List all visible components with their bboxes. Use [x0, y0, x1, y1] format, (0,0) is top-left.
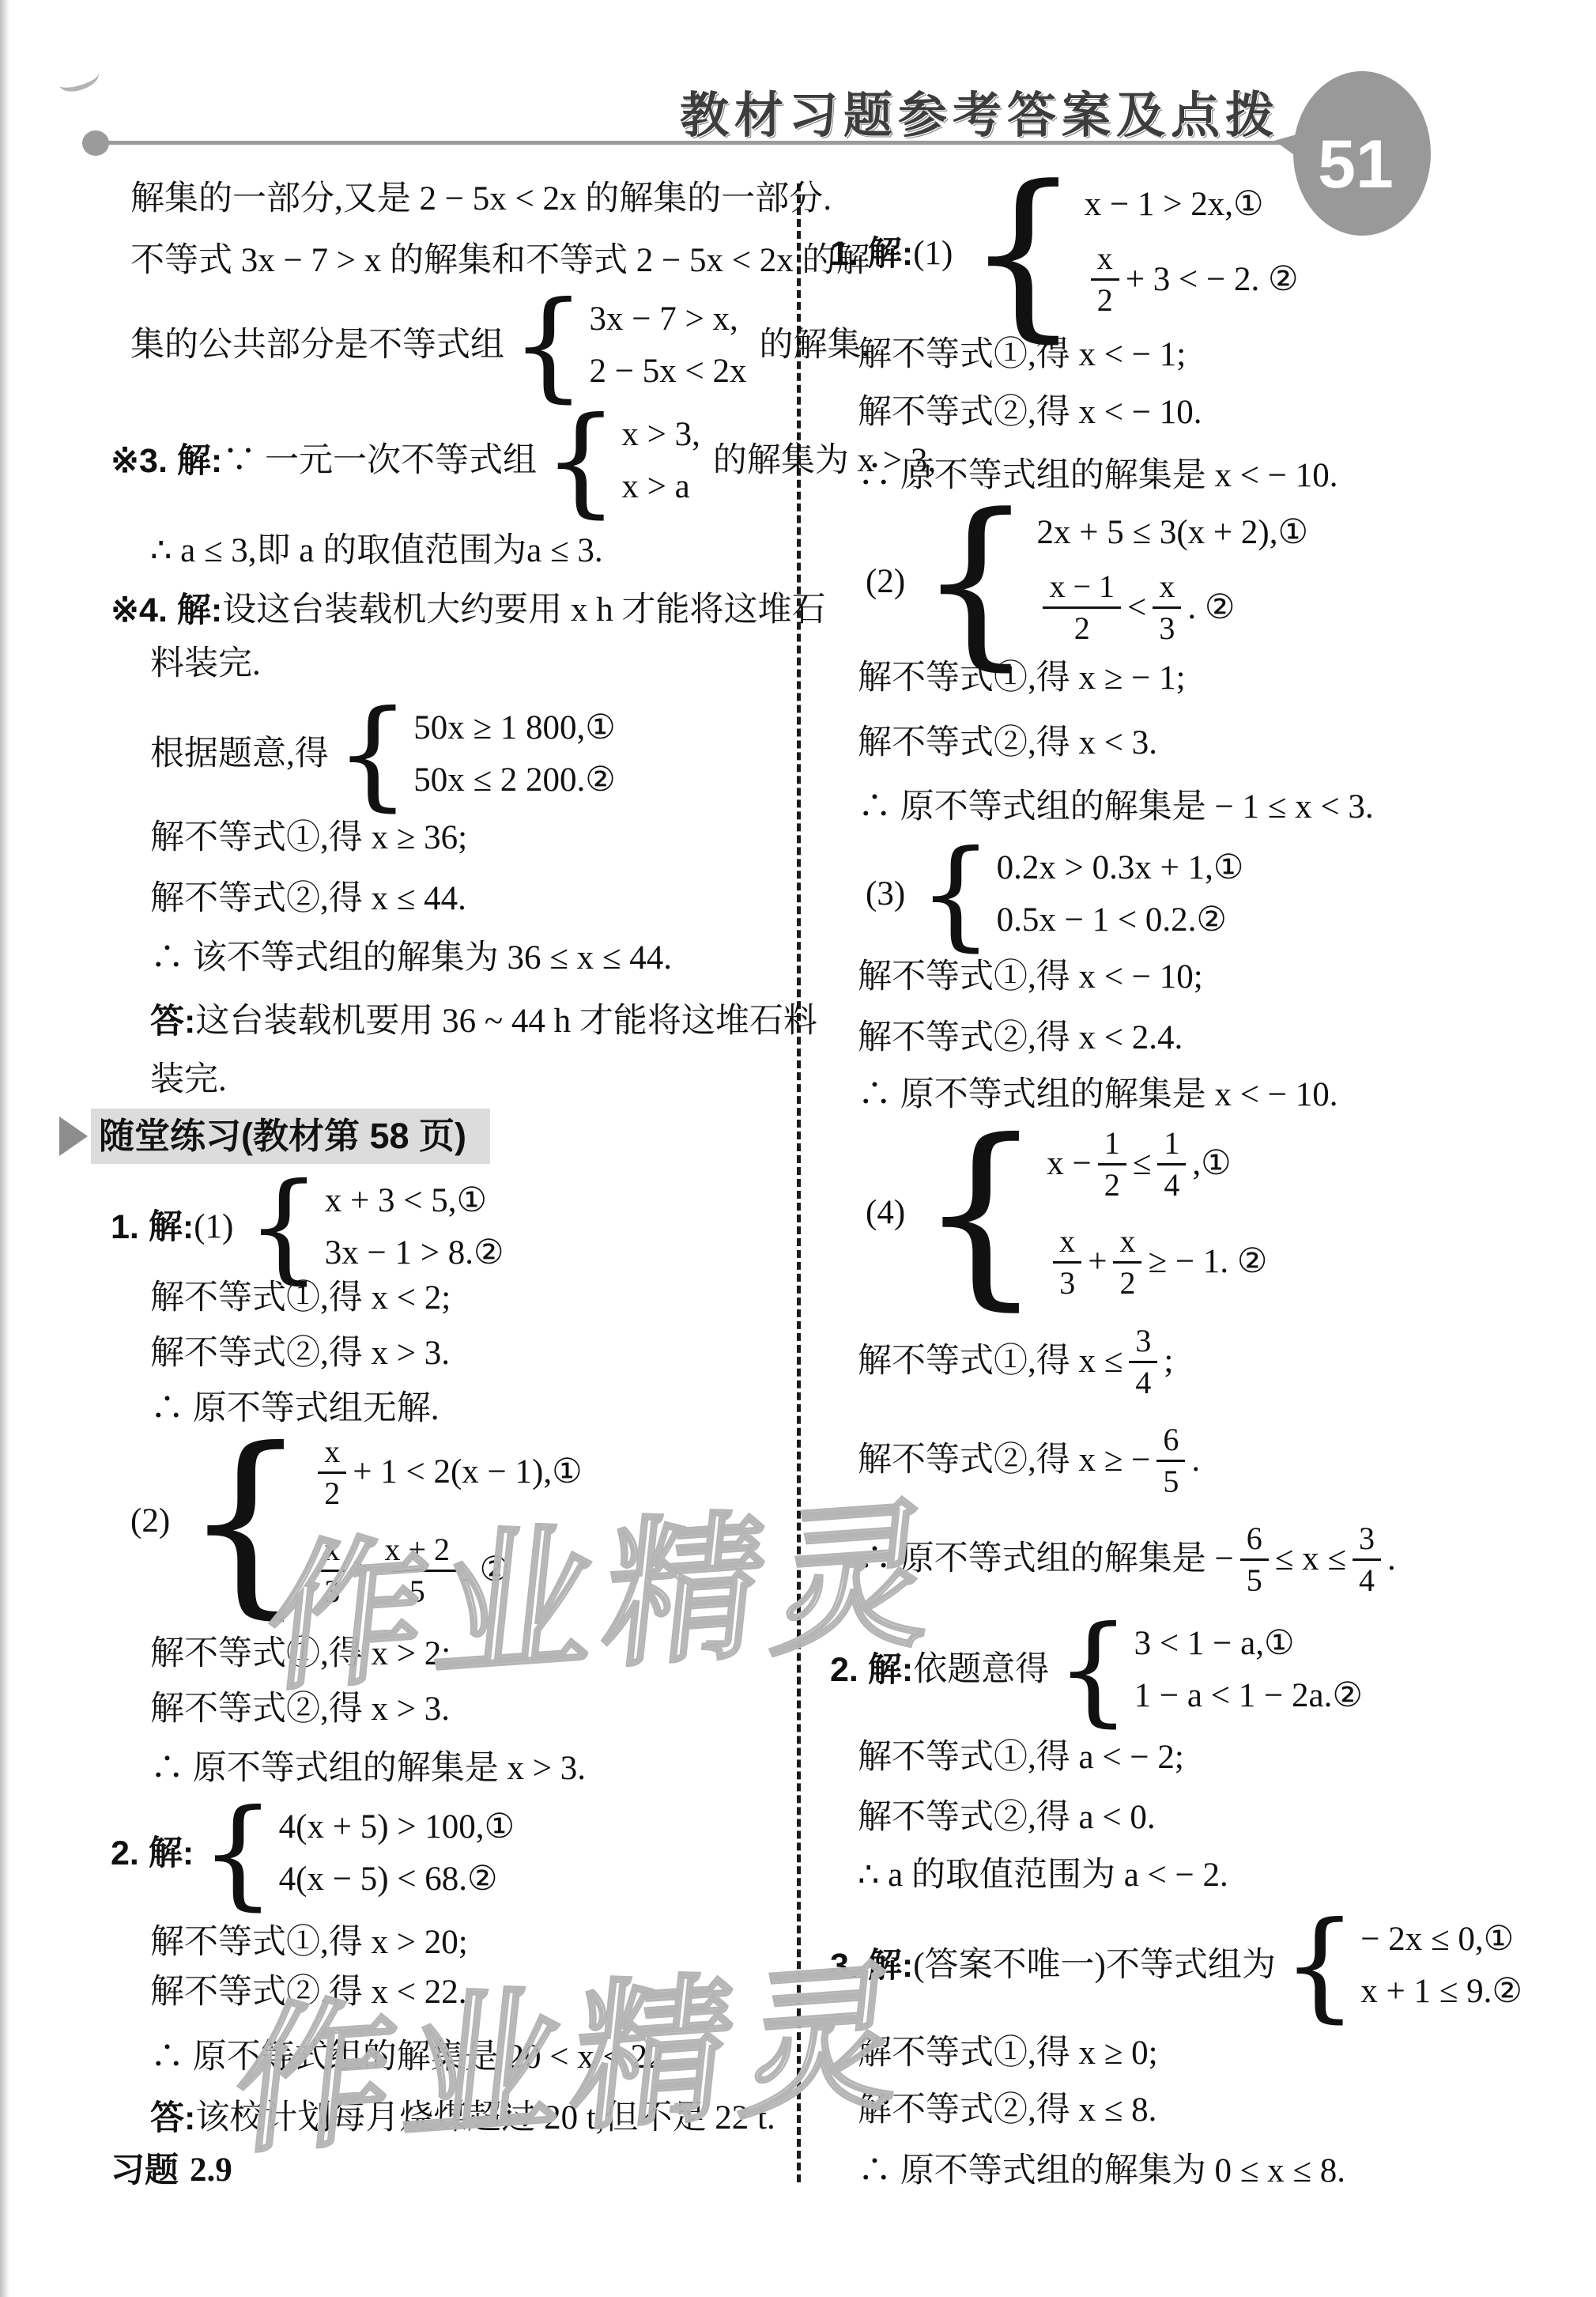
denominator: 3: [318, 1572, 346, 1611]
numerator: x: [1053, 1222, 1081, 1264]
statement: 解集的一部分,又是 2 − 5x < 2x 的解集的一部分.: [130, 175, 832, 224]
denominator: 2: [1098, 1166, 1126, 1205]
brace-icon: {: [335, 700, 410, 809]
system-rows: x2 + 1 < 2(x − 1),① x3 > x + 25 . ②: [311, 1423, 582, 1619]
fraction: x2: [1113, 1222, 1141, 1303]
item-number: 3.: [830, 1941, 858, 1990]
relation: <: [1127, 584, 1146, 633]
system-rows: x − 1 > 2x,① x2 + 3 < − 2. ②: [1085, 179, 1299, 329]
formula-row: 50x ≤ 2 200.②: [413, 754, 616, 807]
page-number-balloon: 51: [1293, 71, 1431, 236]
left-p2-system: 2. 解: { 4(x + 5) > 100,① 4(x − 5) < 68.②: [111, 1799, 515, 1908]
left-intro-system: 集的公共部分是不等式组 { 3x − 7 > x, 2 − 5x < 2x 的解…: [130, 291, 870, 400]
denominator: 5: [403, 1572, 432, 1611]
left-footer-heading: 习题 2.9: [111, 2146, 232, 2195]
item-number: 2.: [830, 1645, 858, 1694]
left-p1-step-2: 解不等式②,得 x > 3.: [150, 1329, 450, 1378]
fraction: 14: [1157, 1124, 1186, 1205]
brace-icon: {: [543, 406, 618, 516]
right-p5-step-2: 解不等式②,得 a < 0.: [858, 1793, 1156, 1842]
statement: 解不等式②,得 x < − 10.: [858, 388, 1202, 437]
statement: 解不等式①,得 x ≥ − 1;: [858, 654, 1186, 703]
right-p4-step-2: 解不等式②,得 x ≥ − 65 .: [858, 1409, 1200, 1512]
statement: 设这台装载机大约要用 x h 才能将这堆石: [222, 586, 825, 635]
formula-row: x + 1 ≤ 9.②: [1360, 1966, 1522, 2018]
solve-label: 解:: [868, 1941, 913, 1990]
statement: ∴ a 的取值范围为 a < − 2.: [858, 1851, 1228, 1900]
numerator: x: [1113, 1222, 1141, 1264]
brace-icon: {: [1282, 1911, 1357, 2020]
formula-row: 3x − 7 > x,: [589, 293, 738, 346]
header-rule: [93, 141, 1283, 145]
numerator: x: [318, 1530, 346, 1572]
denominator: 3: [1153, 609, 1181, 648]
statement: 料装完.: [150, 640, 261, 689]
system-rows: 2x + 5 ≤ 3(x + 2),① x − 12 < x3 . ②: [1036, 507, 1308, 657]
item-number: ※3.: [111, 436, 168, 485]
system-rows: x + 3 < 5,① 3x − 1 > 8.②: [325, 1175, 504, 1279]
formula-row: 2x + 5 ≤ 3(x + 2),①: [1036, 507, 1308, 559]
numerator: 6: [1156, 1420, 1185, 1462]
formula-row: 50x ≥ 1 800,①: [413, 702, 616, 754]
numerator: x: [1153, 567, 1181, 609]
triangle-marker-icon: [59, 1116, 88, 1156]
fraction: 12: [1098, 1124, 1126, 1205]
left-p2-answer: 答: 该校计划每月烧煤超过 20 t,但不足 22 t.: [150, 2094, 775, 2143]
denominator: 3: [1053, 1264, 1081, 1303]
left-p2-step-1: 解不等式①,得 x > 20;: [150, 1918, 468, 1967]
statement: 解不等式①,得 a < − 2;: [858, 1733, 1184, 1782]
formula-row: x − 12 < x3 . ②: [1036, 559, 1235, 657]
formula: + 3 < − 2. ②: [1126, 255, 1299, 304]
formula-row: 4(x − 5) < 68.②: [279, 1853, 498, 1906]
page-left-edge-shadow: [0, 0, 9, 2297]
statement: ∴ 该不等式组的解集为 36 ≤ x ≤ 44.: [150, 934, 672, 983]
statement: 解不等式①,得 x ≤: [858, 1337, 1122, 1386]
left-q4-setup-1: ※4. 解: 设这台装载机大约要用 x h 才能将这堆石: [111, 586, 825, 635]
solve-label: 解:: [868, 229, 913, 278]
formula: + 1 < 2(x − 1),①: [353, 1448, 582, 1497]
section-heading: 随堂练习(教材第 58 页): [59, 1109, 490, 1164]
left-q4-step-1: 解不等式①,得 x ≥ 36;: [150, 814, 467, 863]
statement: 根据题意,得: [150, 730, 329, 779]
solve-label: 解:: [149, 1829, 194, 1878]
left-q4-answer-2: 装完.: [150, 1056, 227, 1105]
brace-icon: {: [511, 291, 586, 400]
right-p5-system: 2. 解: 依题意得 { 3 < 1 − a,① 1 − a < 1 − 2a.…: [830, 1615, 1363, 1725]
formula-row: x2 + 1 < 2(x − 1),①: [311, 1423, 582, 1521]
formula-row: x + 3 < 5,①: [325, 1175, 487, 1227]
numerator: 1: [1098, 1124, 1126, 1166]
formula: .: [1191, 1436, 1200, 1485]
sub-number: (2): [866, 557, 905, 606]
right-p2-step-3: ∴ 原不等式组的解集是 − 1 ≤ x < 3.: [858, 783, 1374, 832]
right-p3-step-2: 解不等式②,得 x < 2.4.: [858, 1014, 1183, 1063]
fraction: 65: [1156, 1420, 1185, 1502]
formula-row: 3 < 1 − a,①: [1134, 1618, 1295, 1670]
statement: ∴ 原不等式组的解集为 0 ≤ x ≤ 8.: [858, 2147, 1345, 2196]
formula-row: x > a: [621, 461, 689, 513]
numerator: x: [318, 1432, 346, 1474]
denominator: 2: [318, 1474, 346, 1513]
statement: 这台装载机要用 36 ~ 44 h 才能将这堆石料: [195, 997, 817, 1046]
left-q4-step-3: ∴ 该不等式组的解集为 36 ≤ x ≤ 44.: [150, 934, 672, 983]
formula-row: x > 3,: [621, 409, 700, 461]
fraction: x − 12: [1043, 567, 1121, 648]
statement: 装完.: [150, 1056, 227, 1105]
numerator: x − 1: [1043, 567, 1121, 609]
fraction: x3: [318, 1530, 346, 1611]
solve-label: 解:: [177, 436, 222, 485]
formula: x −: [1047, 1139, 1092, 1188]
left-p1-system: 1. 解: (1) { x + 3 < 5,① 3x − 1 > 8.②: [111, 1173, 504, 1282]
statement: 解不等式①,得 x < − 1;: [858, 331, 1186, 380]
statement: 该校计划每月烧煤超过 20 t,但不足 22 t.: [195, 2094, 775, 2143]
formula-row: 2 − 5x < 2x: [589, 346, 746, 398]
textbook-answer-page: 教材习题参考答案及点拨 51 作业精灵 作业精灵 解集的一部分,又是 2 − 5…: [0, 0, 1596, 2297]
relation: >: [353, 1546, 372, 1595]
item-number: 1.: [111, 1203, 139, 1252]
right-p3-system: (3) { 0.2x > 0.3x + 1,① 0.5x − 1 < 0.2.②: [866, 840, 1243, 949]
formula-row: 3x − 1 > 8.②: [325, 1227, 504, 1279]
page-header-title: 教材习题参考答案及点拨: [680, 76, 1280, 146]
statement: 解不等式②,得 x < 3.: [858, 719, 1157, 768]
denominator: 2: [1113, 1264, 1141, 1303]
brace-icon: {: [965, 170, 1081, 338]
sub-number: (3): [866, 870, 905, 919]
statement: 解不等式①,得 x < 2;: [150, 1274, 451, 1323]
system-rows: 4(x + 5) > 100,① 4(x − 5) < 68.②: [279, 1801, 515, 1906]
left-q4-system: 根据题意,得 { 50x ≥ 1 800,① 50x ≤ 2 200.②: [150, 700, 616, 809]
right-p4-step-3: ∴ 原不等式组的解集是 − 65 ≤ x ≤ 34 .: [858, 1508, 1396, 1611]
numerator: x + 2: [378, 1530, 456, 1572]
sub-number: (1): [913, 229, 953, 278]
left-p1b-step-1: 解不等式①,得 x > 2;: [150, 1630, 451, 1679]
denominator: 4: [1157, 1166, 1186, 1205]
formula: ,①: [1192, 1139, 1231, 1188]
left-p2-step-2: 解不等式②,得 x < 22.: [150, 1968, 467, 2017]
right-p5-step-3: ∴ a 的取值范围为 a < − 2.: [858, 1851, 1228, 1900]
relation: ≤: [1133, 1139, 1152, 1188]
left-q3-conclusion: ∴ a ≤ 3,即 a 的取值范围为a ≤ 3.: [150, 527, 603, 576]
right-p1-system: 1. 解: (1) { x − 1 > 2x,① x2 + 3 < − 2. ②: [830, 170, 1299, 338]
denominator: 5: [1156, 1462, 1185, 1502]
statement: 解不等式②,得 x > 3.: [150, 1329, 450, 1378]
item-number: ※4.: [111, 586, 168, 635]
item-number: 1.: [830, 229, 858, 278]
statement: 解不等式②,得 x ≤ 44.: [150, 875, 466, 924]
right-p2-step-2: 解不等式②,得 x < 3.: [858, 719, 1157, 768]
statement: ∴ a ≤ 3,即 a 的取值范围为a ≤ 3.: [150, 527, 603, 576]
right-p3-step-1: 解不等式①,得 x < − 10;: [858, 953, 1203, 1002]
statement: ∴ 原不等式组的解集是 − 1 ≤ x < 3.: [858, 783, 1374, 832]
statement: 解不等式②,得 x ≥ −: [858, 1436, 1150, 1485]
right-p6-step-1: 解不等式①,得 x ≥ 0;: [858, 2029, 1158, 2078]
left-p1-step-1: 解不等式①,得 x < 2;: [150, 1274, 451, 1323]
fraction: x2: [1091, 239, 1119, 320]
brace-icon: {: [918, 1122, 1043, 1304]
system-rows: 3 < 1 − a,① 1 − a < 1 − 2a.②: [1134, 1618, 1363, 1722]
denominator: 2: [1091, 281, 1119, 320]
right-p5-step-1: 解不等式①,得 a < − 2;: [858, 1733, 1184, 1782]
denominator: 4: [1129, 1363, 1157, 1403]
statement: 解不等式①,得 x ≥ 0;: [858, 2029, 1158, 2078]
balloon-tip-icon: [1274, 131, 1307, 164]
exercise-label: 习题: [111, 2146, 179, 2195]
relation: ≤ x ≤: [1275, 1535, 1346, 1584]
right-p6-step-3: ∴ 原不等式组的解集为 0 ≤ x ≤ 8.: [858, 2147, 1345, 2196]
numerator: 3: [1129, 1321, 1157, 1363]
right-p6-step-2: 解不等式②,得 x ≤ 8.: [858, 2086, 1156, 2135]
formula-row: − 2x ≤ 0,①: [1360, 1914, 1514, 1966]
fraction: x + 25: [378, 1530, 456, 1611]
formula-row: 1 − a < 1 − 2a.②: [1134, 1670, 1363, 1722]
left-q4-answer-1: 答: 这台装载机要用 36 ~ 44 h 才能将这堆石料: [150, 997, 817, 1046]
left-q4-step-2: 解不等式②,得 x ≤ 44.: [150, 875, 466, 924]
right-p4-system: (4) { x − 12 ≤ 14 ,① x3 + x2 ≥ − 1. ②: [866, 1115, 1267, 1311]
statement: 解不等式②,得 a < 0.: [858, 1793, 1156, 1842]
formula-row: x3 > x + 25 . ②: [311, 1521, 510, 1619]
left-p1b-step-2: 解不等式②,得 x > 3.: [150, 1685, 450, 1734]
formula: ≥ − 1. ②: [1148, 1237, 1267, 1286]
statement: 解不等式①,得 x > 20;: [150, 1918, 468, 1967]
left-intro-line-2: 不等式 3x − 7 > x 的解集和不等式 2 − 5x < 2x 的解: [130, 236, 870, 285]
numerator: x: [1091, 239, 1119, 281]
exercise-number: 2.9: [190, 2146, 232, 2195]
system-rows: x − 12 ≤ 14 ,① x3 + x2 ≥ − 1. ②: [1047, 1115, 1267, 1311]
sub-number: (1): [194, 1203, 233, 1252]
statement: 解不等式①,得 x > 2;: [150, 1630, 451, 1679]
left-p1b-system: (2) { x2 + 1 < 2(x − 1),① x3 > x + 25 . …: [130, 1423, 583, 1619]
brace-icon: {: [918, 840, 993, 949]
formula-row: 0.5x − 1 < 0.2.②: [997, 894, 1227, 946]
system-rows: − 2x ≤ 0,① x + 1 ≤ 9.②: [1360, 1914, 1522, 2018]
fraction: x3: [1153, 567, 1181, 648]
formula-row: x − 1 > 2x,①: [1085, 179, 1264, 231]
formula-row: x2 + 3 < − 2. ②: [1085, 231, 1299, 329]
system-rows: x > 3, x > a: [621, 409, 700, 513]
brace-icon: {: [200, 1799, 275, 1908]
right-p1-step-2: 解不等式②,得 x < − 10.: [858, 388, 1202, 437]
numerator: 6: [1240, 1519, 1269, 1561]
sub-number: (2): [130, 1497, 170, 1546]
formula-row: 4(x + 5) > 100,①: [279, 1801, 515, 1853]
statement: ∴ 原不等式组的解集是 20 < x < 22.: [150, 2033, 673, 2082]
right-p4-step-1: 解不等式①,得 x ≤ 34 ;: [858, 1310, 1173, 1413]
right-p1-step-1: 解不等式①,得 x < − 1;: [858, 331, 1186, 380]
solve-label: 解:: [177, 586, 222, 635]
statement: 解不等式②,得 x > 3.: [150, 1685, 450, 1734]
system-rows: 3x − 7 > x, 2 − 5x < 2x: [589, 293, 746, 398]
statement: ∴ 原不等式组的解集是 −: [858, 1535, 1234, 1584]
denominator: 4: [1353, 1561, 1381, 1600]
statement: 解不等式②,得 x < 22.: [150, 1968, 467, 2017]
statement: ∵ 一元一次不等式组: [222, 436, 537, 485]
statement: 解不等式②,得 x < 2.4.: [858, 1014, 1183, 1063]
formula-row: 0.2x > 0.3x + 1,①: [997, 842, 1244, 894]
formula-row: x − 12 ≤ 14 ,①: [1047, 1115, 1231, 1213]
numerator: 1: [1157, 1124, 1186, 1166]
statement: 解不等式①,得 x < − 10;: [858, 953, 1203, 1002]
section-title: 随堂练习(教材第 58 页): [91, 1109, 490, 1164]
fraction: 34: [1129, 1321, 1157, 1403]
statement: 解不等式①,得 x ≥ 36;: [150, 814, 467, 863]
statement: 解不等式②,得 x ≤ 8.: [858, 2086, 1156, 2135]
answer-label: 答:: [150, 2094, 195, 2143]
solve-label: 解:: [149, 1203, 194, 1252]
item-number: 2.: [111, 1829, 139, 1878]
sub-number: (4): [866, 1188, 905, 1237]
statement: 依题意得: [913, 1645, 1049, 1694]
brace-icon: {: [246, 1173, 321, 1282]
solve-label: 解:: [868, 1645, 913, 1694]
left-q3-solution: ※3. 解: ∵ 一元一次不等式组 { x > 3, x > a 的解集为 x …: [111, 406, 936, 516]
right-p2-step-1: 解不等式①,得 x ≥ − 1;: [858, 654, 1186, 703]
fraction: x2: [318, 1432, 346, 1513]
corner-mark: [56, 63, 101, 95]
system-rows: 0.2x > 0.3x + 1,① 0.5x − 1 < 0.2.②: [997, 842, 1244, 946]
page-number: 51: [1318, 126, 1394, 204]
fraction: x3: [1053, 1222, 1081, 1303]
left-intro-line-1: 解集的一部分,又是 2 − 5x < 2x 的解集的一部分.: [130, 175, 832, 224]
formula: ;: [1164, 1337, 1173, 1386]
right-p6-system: 3. 解: (答案不唯一)不等式组为 { − 2x ≤ 0,① x + 1 ≤ …: [830, 1911, 1522, 2020]
answer-label: 答:: [150, 997, 195, 1046]
formula: .: [1387, 1535, 1396, 1584]
numerator: 3: [1353, 1519, 1381, 1561]
formula-row: x3 + x2 ≥ − 1. ②: [1047, 1213, 1267, 1311]
relation: +: [1088, 1237, 1107, 1286]
denominator: 2: [1068, 609, 1096, 648]
right-p2-system: (2) { 2x + 5 ≤ 3(x + 2),① x − 12 < x3 . …: [866, 498, 1308, 666]
statement: 集的公共部分是不等式组: [130, 321, 504, 370]
left-q4-setup-2: 料装完.: [150, 640, 261, 689]
fraction: 34: [1353, 1519, 1381, 1600]
statement: 不等式 3x − 7 > x 的解集和不等式 2 − 5x < 2x 的解: [130, 236, 870, 285]
formula: . ②: [1187, 584, 1235, 633]
brace-icon: {: [918, 498, 1033, 666]
denominator: 5: [1240, 1561, 1269, 1600]
left-p2-step-3: ∴ 原不等式组的解集是 20 < x < 22.: [150, 2033, 673, 2082]
statement: (答案不唯一)不等式组为: [913, 1941, 1276, 1990]
brace-icon: {: [183, 1430, 308, 1612]
system-rows: 50x ≥ 1 800,① 50x ≤ 2 200.②: [413, 702, 616, 807]
brace-icon: {: [1055, 1615, 1130, 1725]
formula: . ②: [462, 1546, 510, 1595]
fraction: 65: [1240, 1519, 1269, 1600]
